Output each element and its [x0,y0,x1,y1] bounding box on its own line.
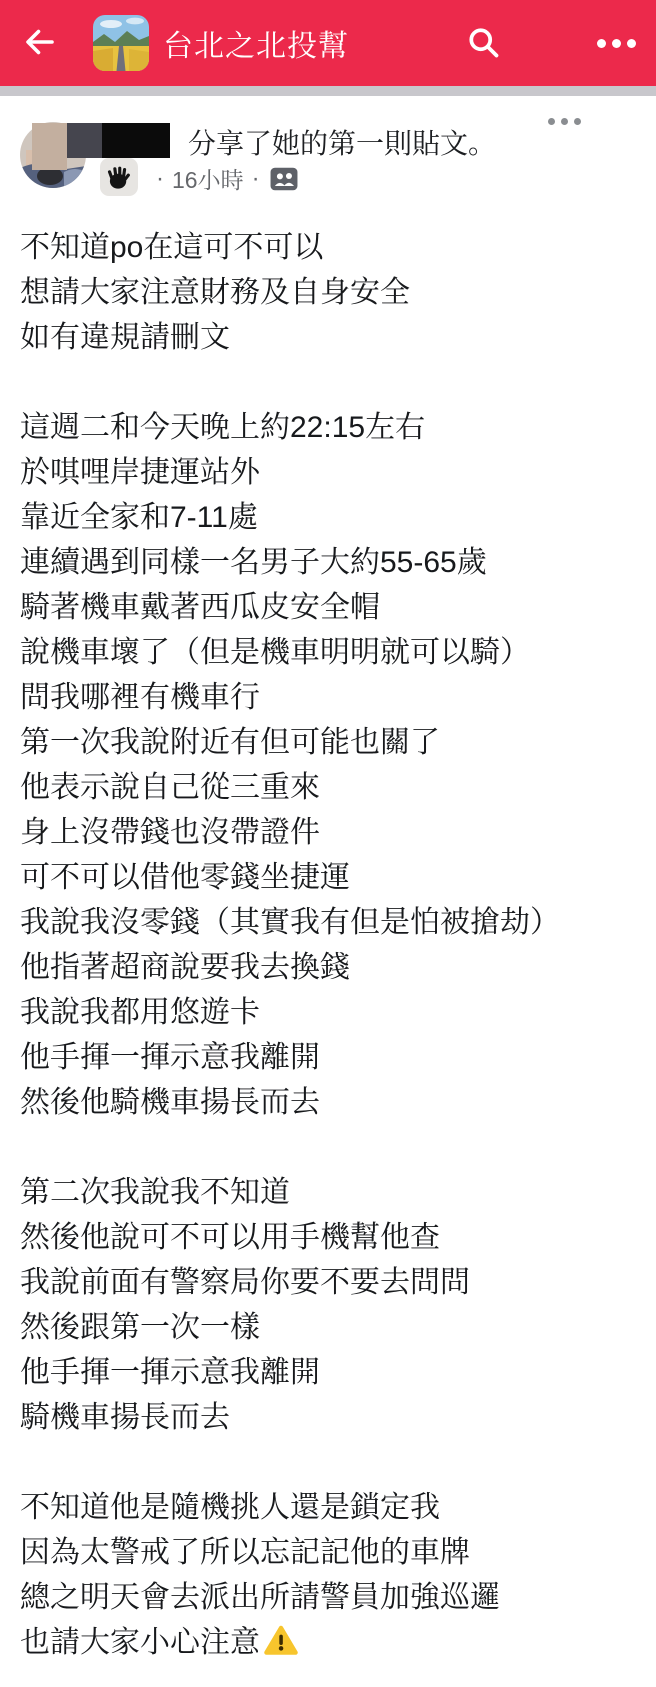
post-timestamp[interactable]: · 16小時 · [148,162,298,195]
header-divider [0,86,656,96]
dot-separator: · [156,165,164,193]
dot-separator: · [252,165,260,193]
time-text: 16小時 [172,162,244,195]
group-title[interactable]: 台北之北投幫 [163,21,349,65]
more-dots-icon [545,118,584,125]
waving-hand-icon [105,163,133,191]
post-header: 分享了她的第一則貼文。 · 16小時 · [0,96,656,225]
waving-hand-emoji-badge [100,158,138,196]
post-card: 分享了她的第一則貼文。 · 16小時 · [0,96,656,1687]
back-button[interactable] [18,15,62,71]
post-body: 不知道po在這可不可以 想請大家注意財務及自身安全 如有違規請刪文 這週二和今天… [0,225,656,1665]
shared-text: 分享了她的第一則貼文。 [188,122,496,162]
group-avatar[interactable] [93,15,149,71]
post-body-text: 不知道po在這可不可以 想請大家注意財務及自身安全 如有違規請刪文 這週二和今天… [20,231,560,1659]
app-header: 台北之北投幫 [0,0,656,86]
header-more-button[interactable] [588,15,644,71]
censor-block-beige [32,123,67,170]
more-dots-icon [594,39,639,48]
censor-block-gray [67,123,102,158]
censor-block-name [102,123,170,158]
search-icon [465,24,501,63]
back-arrow-icon [22,24,58,63]
group-avatar-image [93,15,149,71]
post-more-button[interactable] [539,112,590,131]
warning-triangle-icon [264,1625,298,1656]
search-button[interactable] [460,15,506,71]
group-photo-icon [270,167,298,191]
